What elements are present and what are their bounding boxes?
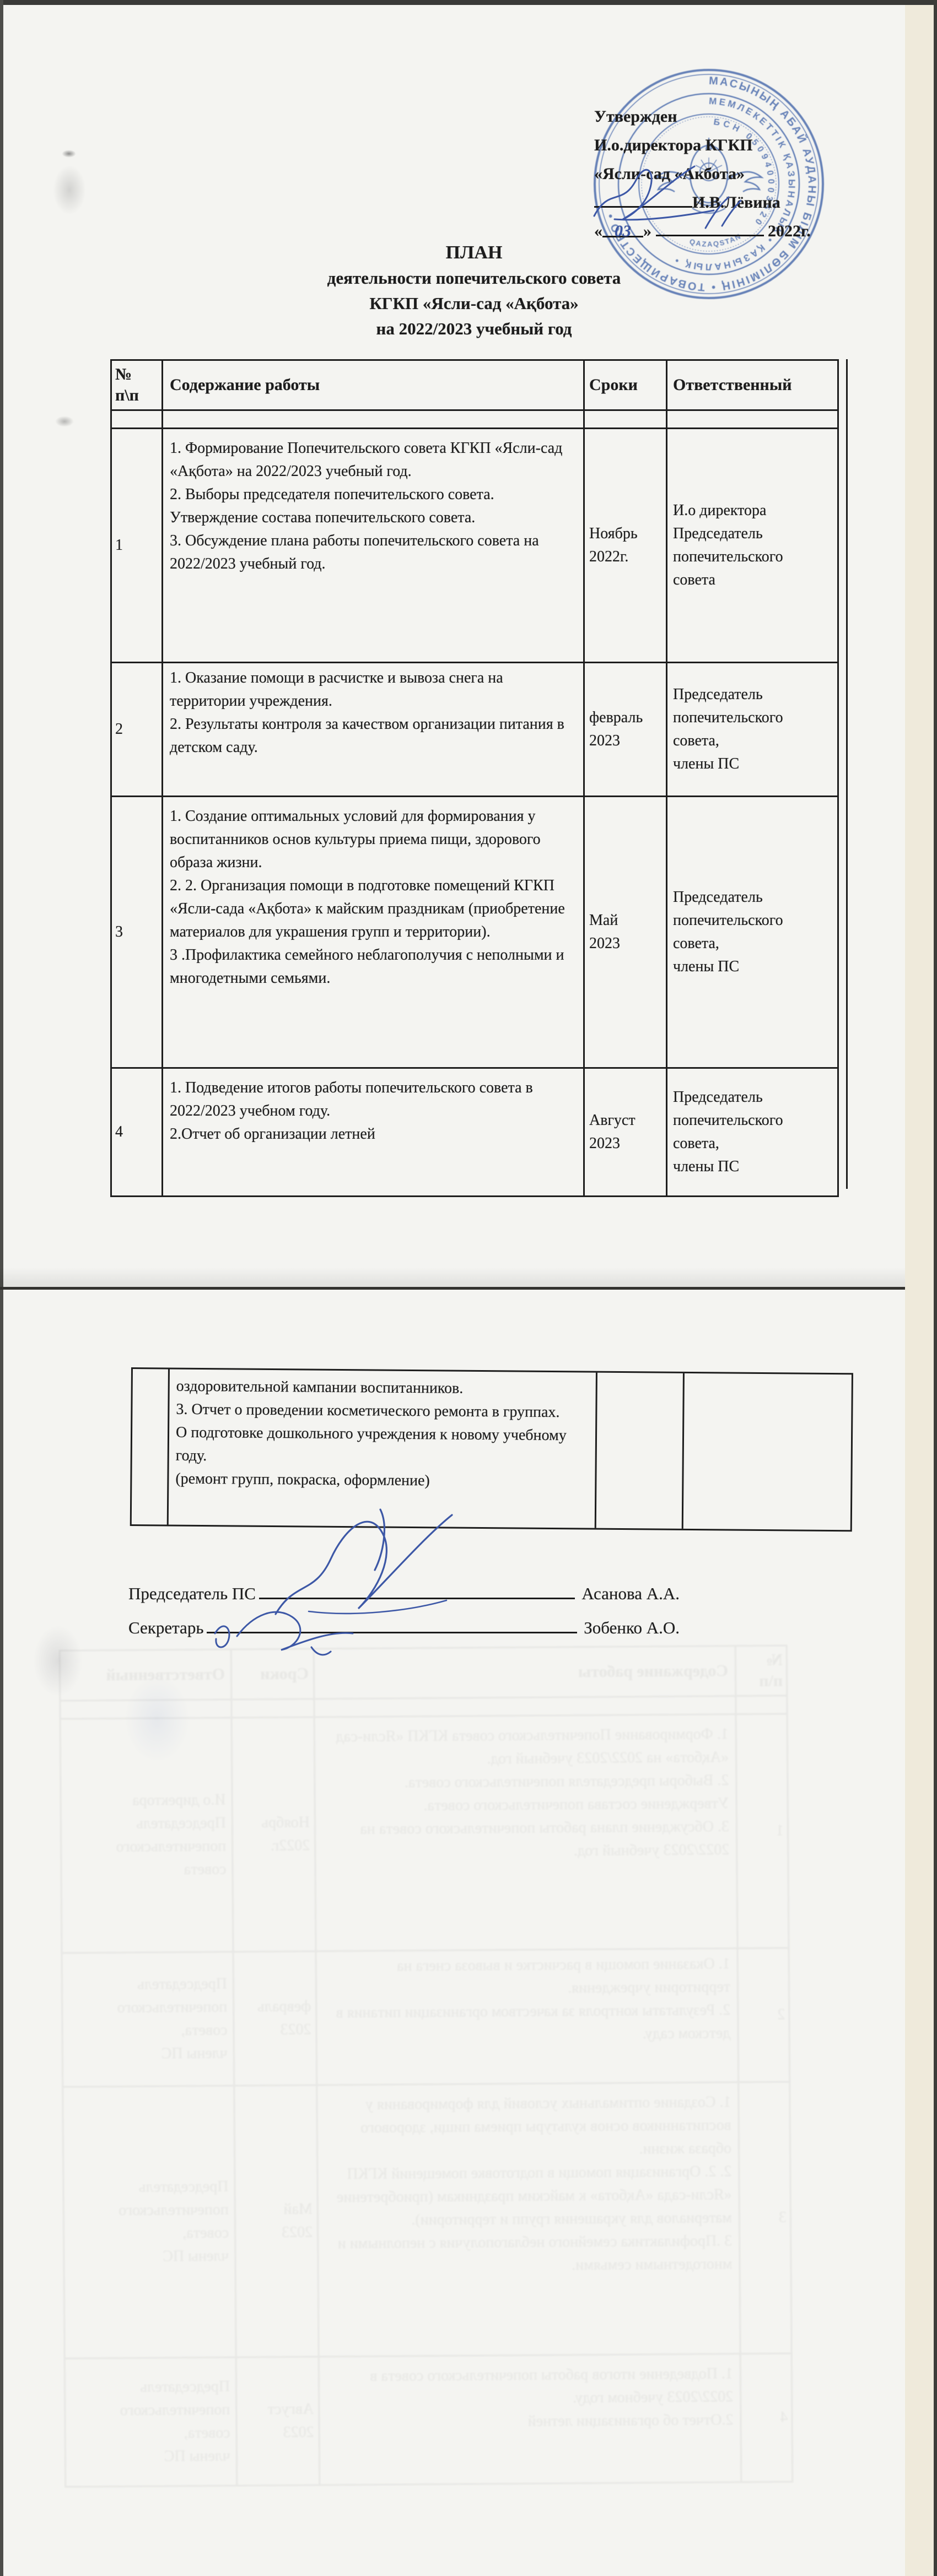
table-outer-double-border <box>846 359 848 1189</box>
row-responsible <box>682 1373 852 1530</box>
plan-table: № п\п Содержание работы Сроки Ответствен… <box>110 359 839 1197</box>
row-number: 3 <box>739 2082 790 2353</box>
row-responsible: Председатель попечительского совета, чле… <box>63 2086 236 2357</box>
table-row: 2 1. Оказание помощи в расчистке и вывоз… <box>112 662 837 795</box>
row-number: 4 <box>112 1069 161 1195</box>
row-content: 1. Подведение итогов работы попечительск… <box>161 1069 583 1195</box>
row-content: 1. Оказание помощи в расчистке и вывоза … <box>317 1949 740 2084</box>
secretary-signature-ink <box>198 1587 375 1664</box>
row-term: февраль 2023 <box>234 1952 318 2085</box>
header-content: Содержание работы <box>161 361 583 409</box>
handwritten-month-ink <box>689 194 755 232</box>
row-term: Август 2023 <box>237 2357 321 2485</box>
table-row: 3 1. Создание оптимальных условий для фо… <box>112 795 837 1067</box>
header-resp: Ответственный <box>666 361 837 409</box>
signature-name: Асанова А.А. <box>581 1584 680 1604</box>
approval-line: Утвержден <box>594 102 925 131</box>
table-row: 4 1. Подведение итогов работы попечитель… <box>66 2352 792 2486</box>
title-line: деятельности попечительского совета <box>110 266 838 291</box>
row-term <box>595 1373 683 1529</box>
row-term: Август 2023 <box>583 1069 666 1195</box>
title-line: ПЛАН <box>110 240 838 266</box>
title-line: КГКП «Ясли-сад «Ақбота» <box>110 291 838 316</box>
header-num: № п\п <box>736 1646 787 1695</box>
row-responsible: Председатель попечительского совета, чле… <box>63 1952 235 2086</box>
row-responsible: Председатель попечительского совета, чле… <box>666 1069 837 1195</box>
row-number: 3 <box>112 797 161 1067</box>
header-num: № п\п <box>112 361 161 409</box>
row-content: 1. Подведение итогов работы попечительск… <box>320 2355 742 2484</box>
table-header-row: № п\п Содержание работы Сроки Ответствен… <box>61 1646 787 1700</box>
table-row: 3 1. Создание оптимальных условий для фо… <box>63 2081 790 2357</box>
title-line: на 2022/2023 учебный год <box>110 316 838 342</box>
row-number: 1 <box>737 1714 788 1947</box>
scuff-mark <box>62 150 76 158</box>
row-term: Май 2023 <box>235 2086 319 2356</box>
row-term: Ноябрь 2022г. <box>233 1718 317 1951</box>
row-responsible: Председатель попечительского совета, чле… <box>666 797 837 1067</box>
table-row: 1 1. Формирование Попечительского совета… <box>61 1713 788 1952</box>
signature-role: Секретарь <box>128 1618 203 1638</box>
table-header-row: № п\п Содержание работы Сроки Ответствен… <box>112 361 837 409</box>
bleed-through-ghost: № п\п Содержание работы Сроки Ответствен… <box>62 1644 794 2487</box>
row-content: 1. Создание оптимальных условий для форм… <box>317 2083 741 2356</box>
page-fold-line <box>0 1287 905 1290</box>
row-responsible: Председатель попечительского совета, чле… <box>66 2358 238 2486</box>
row-number: 2 <box>739 1949 789 2081</box>
row-responsible: И.о директора Председатель попечительско… <box>61 1718 234 1952</box>
row-number: 1 <box>112 429 161 662</box>
approval-year: 2022г. <box>768 222 811 240</box>
row-number <box>132 1369 168 1524</box>
table-row: 1 1. Формирование Попечительского совета… <box>112 427 837 662</box>
plan-table: № п\п Содержание работы Сроки Ответствен… <box>59 1644 794 2487</box>
signature-name: Зобенко А.О. <box>584 1618 680 1638</box>
under-sheet-edge <box>905 0 934 2576</box>
table-row: 4 1. Подведение итогов работы попечитель… <box>112 1067 837 1195</box>
scuff-mark <box>53 165 86 215</box>
scanner-top-edge <box>0 0 937 5</box>
row-term: Май 2023 <box>583 797 666 1067</box>
row-term: февраль 2023 <box>583 663 666 795</box>
document-title: ПЛАН деятельности попечительского совета… <box>110 240 838 342</box>
scuff-mark <box>55 416 74 427</box>
row-number: 4 <box>741 2354 792 2481</box>
row-content: 1. Формирование Попечительского совета К… <box>161 429 583 662</box>
row-content: 1. Создание оптимальных условий для форм… <box>161 797 583 1067</box>
row-content: 1. Формирование Попечительского совета К… <box>315 1715 739 1950</box>
row-term: Ноябрь 2022г. <box>583 429 666 662</box>
row-content: 1. Оказание помощи в расчистке и вывоза … <box>161 663 583 795</box>
row-responsible: Председатель попечительского совета, чле… <box>666 663 837 795</box>
scanner-right-edge <box>934 0 937 2576</box>
header-term: Сроки <box>583 361 666 409</box>
table-row: 2 1. Оказание помощи в расчистке и вывоз… <box>63 1947 789 2086</box>
empty-spacer-row <box>112 409 837 427</box>
scanned-document: № п\п Содержание работы Сроки Ответствен… <box>0 0 937 2576</box>
page-fold-shadow <box>0 1267 905 1287</box>
header-content: Содержание работы <box>315 1647 737 1698</box>
row-number: 2 <box>112 663 161 795</box>
row-responsible: И.о директора Председатель попечительско… <box>666 429 837 662</box>
